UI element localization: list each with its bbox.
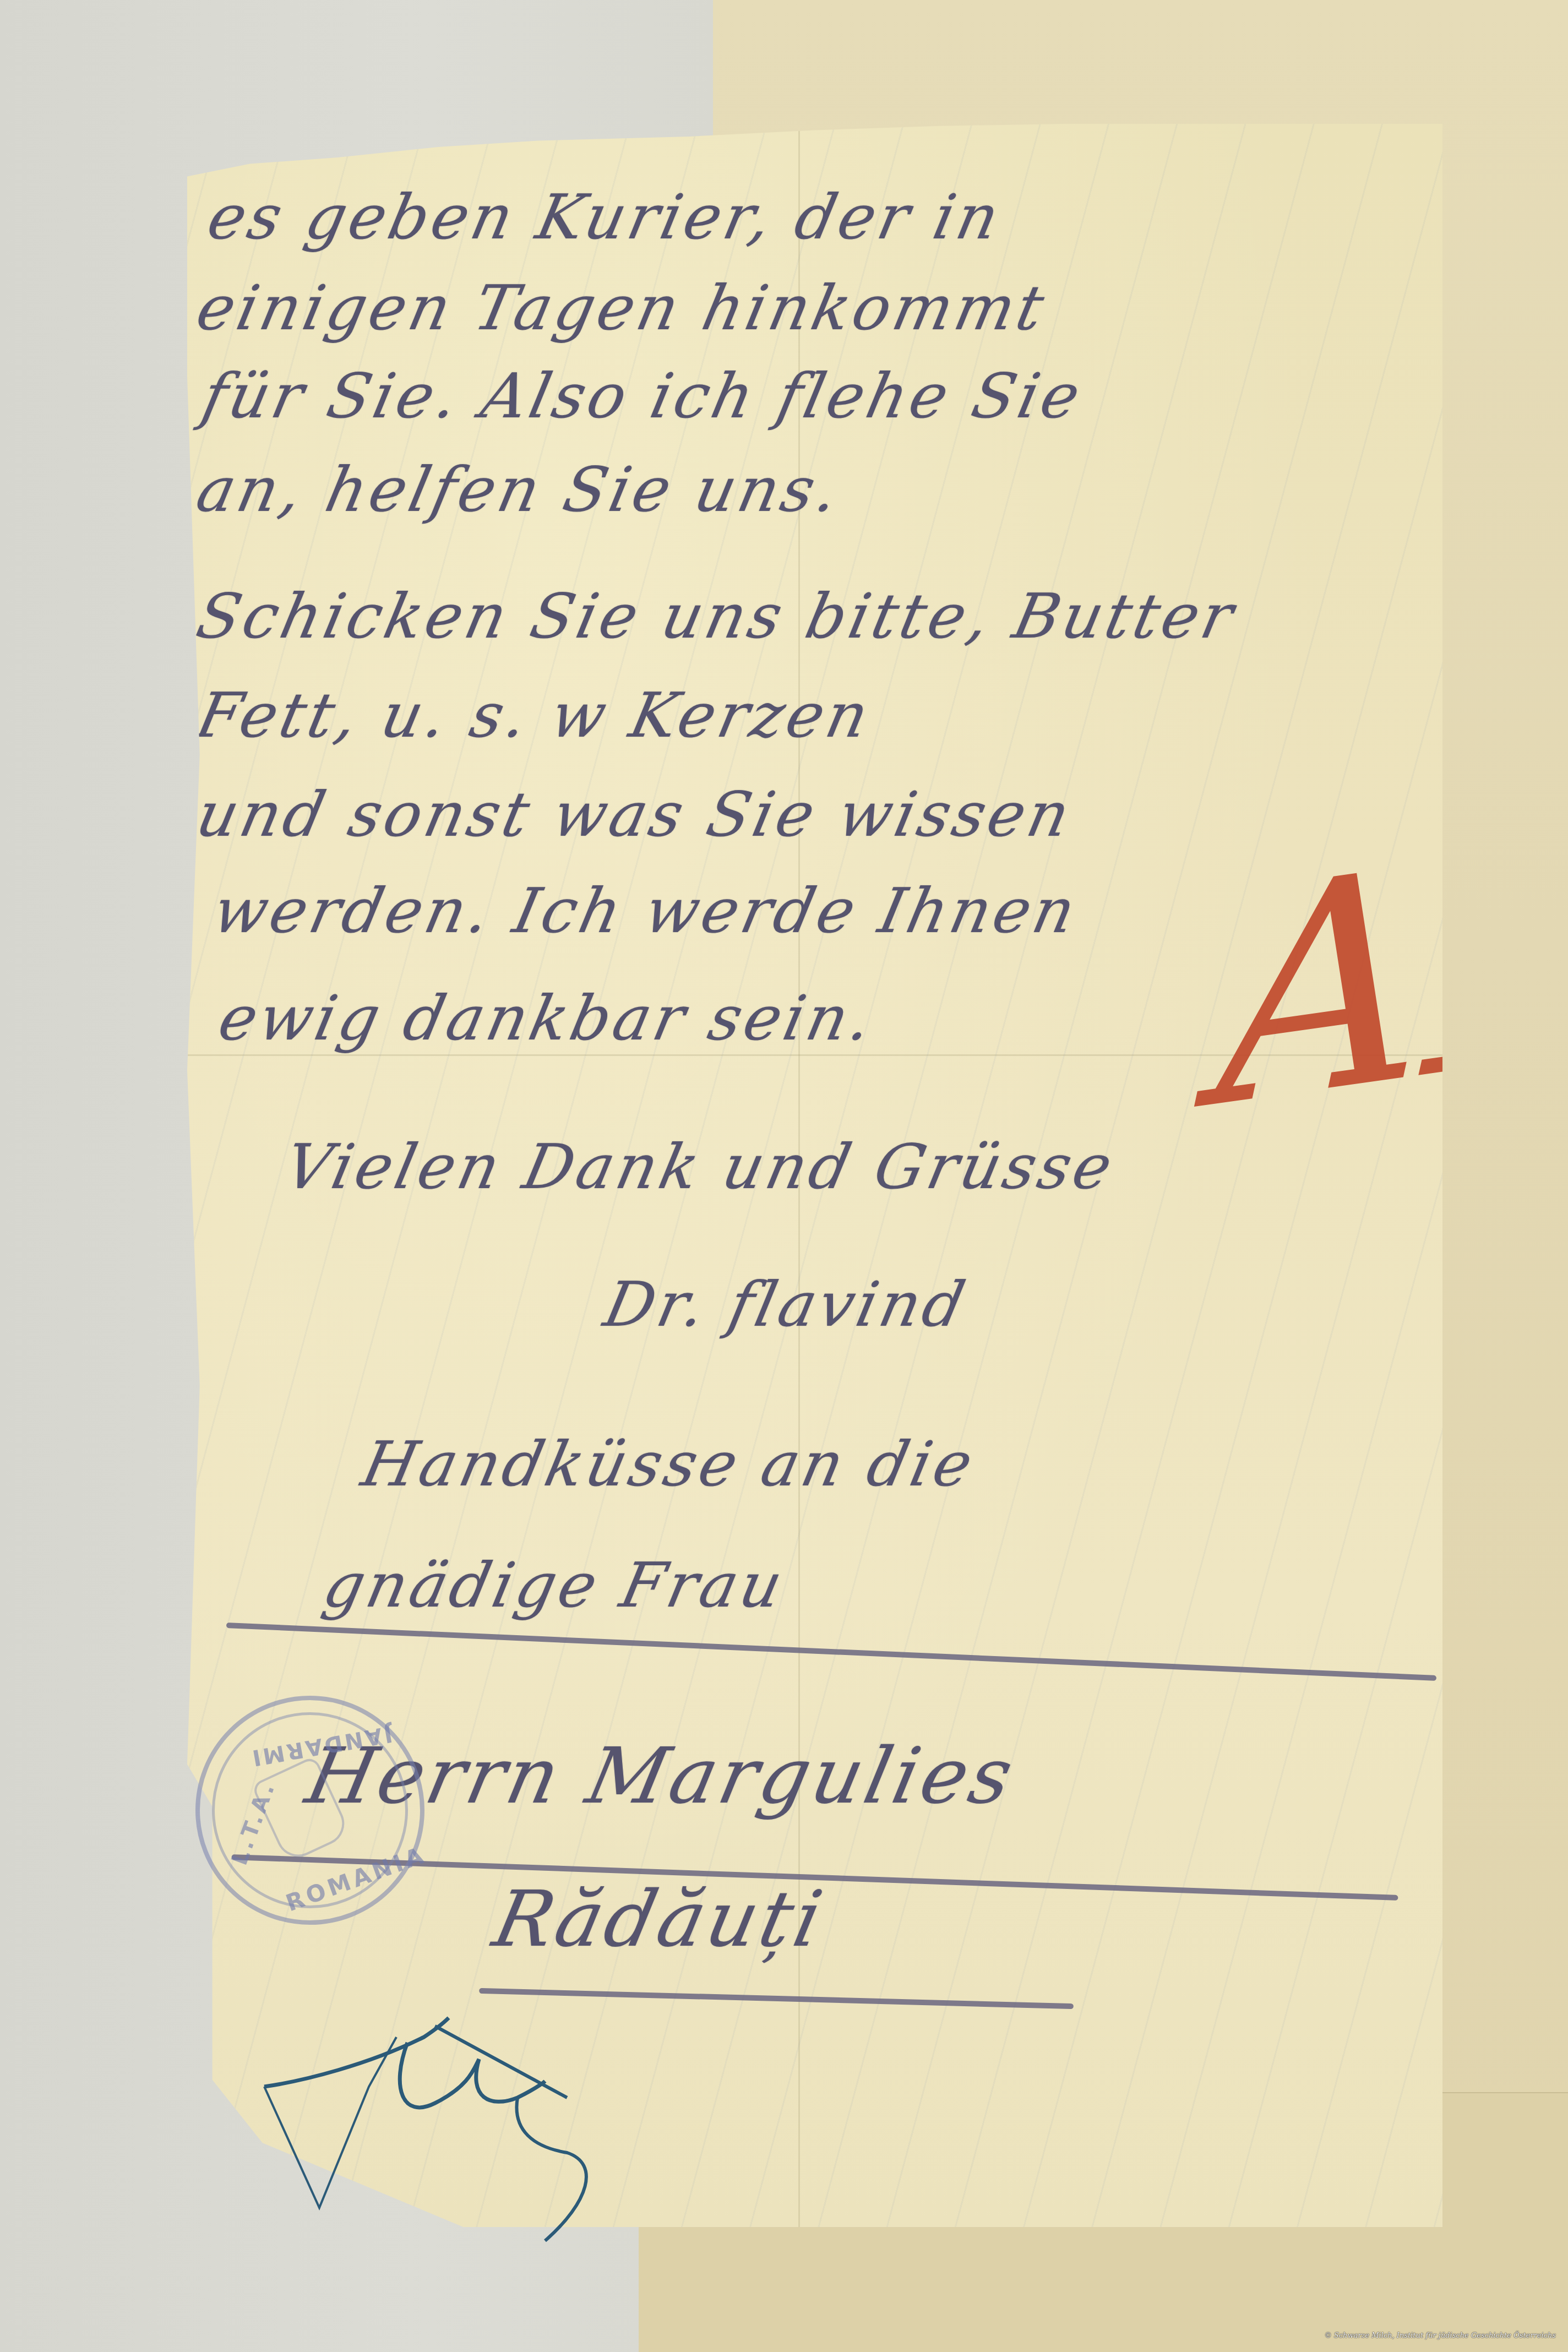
gendarmerie-stamp: JANDARMI L.T.A. ROMANIA (195, 1696, 424, 1925)
letter-line: Vielen Dank und Grüsse (279, 1131, 1121, 1203)
letter-sheet: es geben Kurier, der in einigen Tagen hi… (187, 124, 1442, 2227)
letter-line: und sonst was Sie wissen (190, 779, 1079, 851)
letter-line: es geben Kurier, der in (202, 182, 1008, 253)
letter-line: Fett, u. s. w Kerzen (190, 680, 878, 752)
letter-line: an, helfen Sie uns. (190, 454, 847, 526)
copyright-credit: © Schwarze Milch, Institut für jüdische … (1325, 2332, 1556, 2340)
letter-line: Handküsse an die (356, 1429, 982, 1500)
underline-rule (226, 1623, 1436, 1681)
letter-line: werden. Ich werde Ihnen (207, 875, 1085, 947)
address-town: Rădăuți (486, 1875, 833, 1964)
letter-line: ewig dankbar sein. (213, 983, 881, 1054)
letter-line: für Sie. Also ich flehe Sie (196, 361, 1089, 432)
letter-signature: Dr. flavind (598, 1269, 974, 1341)
letter-line: einigen Tagen hinkommt (190, 273, 1053, 344)
blue-ink-signature-icon (259, 2004, 677, 2246)
letter-line: Schicken Sie uns bitte, Butter (190, 581, 1243, 652)
letter-line: gnädige Frau (317, 1550, 791, 1621)
